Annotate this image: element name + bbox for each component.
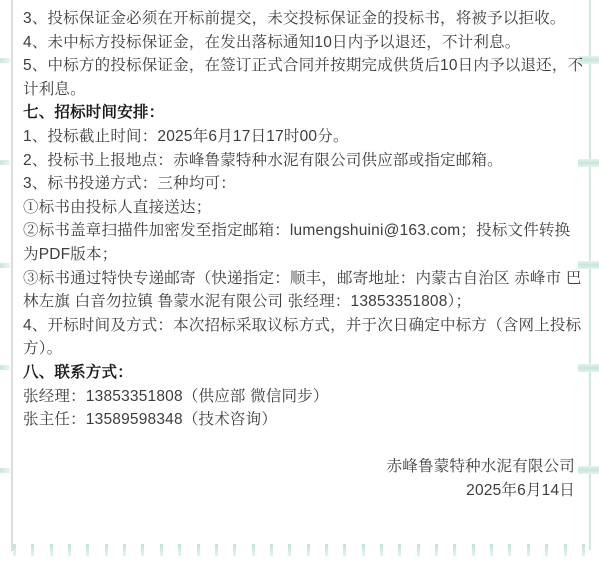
left-dash-mark	[0, 160, 10, 165]
bottom-tick	[252, 544, 255, 556]
bottom-tick	[215, 544, 218, 556]
bottom-tick	[508, 544, 511, 556]
bottom-tick	[233, 544, 236, 556]
bottom-tick	[50, 544, 53, 556]
bottom-tick	[435, 544, 438, 556]
bottom-tick	[178, 544, 181, 556]
bottom-tick	[288, 544, 291, 556]
bottom-tick	[545, 544, 548, 556]
document-line: 计利息。	[23, 78, 575, 102]
right-dash-mark	[578, 364, 599, 372]
document-page: 3、投标保证金必须在开标前提交，未交投标保证金的投标书，将被予以拒收。4、未中标…	[0, 0, 599, 562]
left-dash-mark	[0, 263, 10, 268]
bottom-tick	[582, 544, 585, 556]
bottom-tick	[490, 544, 493, 556]
document-line: 张主任：13589598348（技术咨询）	[23, 408, 575, 432]
bottom-tick	[31, 544, 34, 556]
document-line: 为PDF版本；	[23, 243, 575, 267]
bottom-tick	[141, 544, 144, 556]
bottom-tick	[123, 544, 126, 556]
document-line: 4、开标时间及方式：本次招标采取议标方式，并于次日确定中标方（含网上投标	[23, 314, 575, 338]
bottom-tick	[307, 544, 310, 556]
bottom-tick	[68, 544, 71, 556]
bottom-tick	[362, 544, 365, 556]
document-line: 1、投标截止时间：2025年6月17日17时00分。	[23, 125, 575, 149]
right-dash-mark	[578, 261, 599, 269]
bottom-tick	[380, 544, 383, 556]
bottom-tick	[105, 544, 108, 556]
bottom-tick	[160, 544, 163, 556]
document-line: 4、未中标方投标保证金，在发出落标通知10日内予以退还，不计利息。	[23, 31, 575, 55]
document-body: 3、投标保证金必须在开标前提交，未交投标保证金的投标书，将被予以拒收。4、未中标…	[23, 7, 575, 502]
left-dash-mark	[0, 365, 10, 370]
document-line: 3、投标保证金必须在开标前提交，未交投标保证金的投标书，将被予以拒收。	[23, 7, 575, 31]
document-line: ①标书由投标人直接送达；	[23, 196, 575, 220]
left-dash-mark	[0, 58, 10, 63]
document-line: 张经理：13853351808（供应部 微信同步）	[23, 385, 575, 409]
right-dash-mark	[578, 466, 599, 474]
document-line: 七、招标时间安排：	[23, 101, 575, 125]
bottom-tick	[453, 544, 456, 556]
document-line: 5、中标方的投标保证金，在签订正式合同并按期完成供货后10日内予以退还，不	[23, 54, 575, 78]
document-line: 3、标书投递方式：三种均可：	[23, 172, 575, 196]
right-dash-mark	[578, 159, 599, 167]
bottom-tick	[472, 544, 475, 556]
document-line: 赤峰鲁蒙特种水泥有限公司	[23, 455, 575, 479]
document-line: 林左旗 白音勿拉镇 鲁蒙水泥有限公司 张经理：13853351808）；	[23, 290, 575, 314]
bottom-tick	[86, 544, 89, 556]
document-line: ②标书盖章扫描件加密发至指定邮箱：lumengshuini@163.com；投标…	[23, 219, 575, 243]
bottom-tick	[270, 544, 273, 556]
left-border-line	[11, 0, 13, 551]
bottom-tick	[325, 544, 328, 556]
document-line: 方）。	[23, 337, 575, 361]
document-line: 八、联系方式：	[23, 361, 575, 385]
document-line: 2、投标书上报地点：赤峰鲁蒙特种水泥有限公司供应部或指定邮箱。	[23, 149, 575, 173]
left-dash-mark	[0, 468, 10, 473]
bottom-tick	[197, 544, 200, 556]
bottom-tick	[13, 544, 16, 556]
bottom-tick	[527, 544, 530, 556]
bottom-tick	[398, 544, 401, 556]
document-line: 2025年6月14日	[23, 479, 575, 503]
document-line: ③标书通过特快专递邮寄（快递指定：顺丰，邮寄地址：内蒙古自治区 赤峰市 巴	[23, 267, 575, 291]
bottom-tick	[564, 544, 567, 556]
bottom-tick	[417, 544, 420, 556]
bottom-tick	[343, 544, 346, 556]
